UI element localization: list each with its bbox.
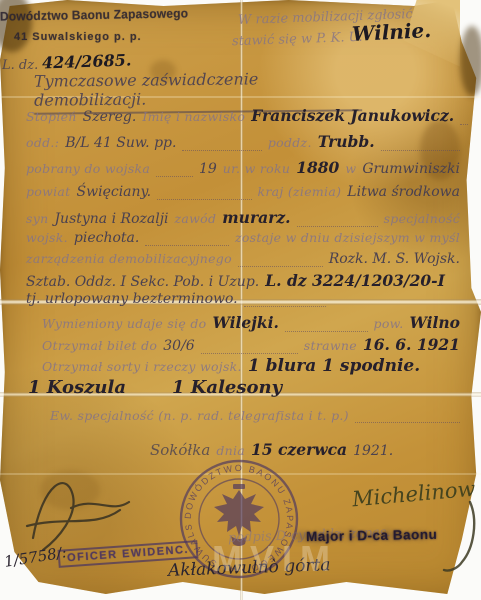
- name-label: Imię i nazwisko: [142, 109, 245, 124]
- order-office: Sztab. Oddz. I Sekc. Pob. i Uzup.: [26, 274, 259, 290]
- district-value: Wilno: [409, 313, 460, 332]
- row-ev-specialty: Ew. specjalność (n. p. rad. telegrafista…: [50, 408, 460, 423]
- unit-value: B/L 41 Suw. pp.: [65, 135, 176, 151]
- dotted-leader: [157, 197, 251, 200]
- signature-paraph: [440, 500, 480, 580]
- row-parents-profession: syn Justyna i Rozalji zawód murarz. spec…: [26, 208, 460, 227]
- parents-label: syn: [26, 211, 48, 226]
- birthplace-value: Grumwiniszki: [362, 161, 460, 177]
- row-leave: tj. urlopowany bezterminowo.: [26, 291, 326, 307]
- born-label: ur. w roku: [223, 161, 290, 176]
- drafted-year: 19: [199, 161, 217, 177]
- ref-number: 424/2685.: [42, 50, 132, 72]
- ticket-label: Otrzymał bilet do: [42, 338, 157, 353]
- profession-value: murarz.: [222, 208, 290, 227]
- dotted-leader: [381, 148, 460, 151]
- dotted-leader: [285, 329, 368, 332]
- branch-label: wojsk.: [26, 230, 68, 245]
- dotted-leader: [145, 243, 229, 246]
- row-order: zarządzenia demobilizacyjnego Rozk. M. S…: [26, 251, 460, 267]
- row-order-number: Sztab. Oddz. I Sekc. Pob. i Uzup. L. dz …: [26, 271, 460, 290]
- dotted-leader: [156, 174, 193, 177]
- ref-label: L. dz.: [2, 58, 38, 73]
- items-label: Otrzymał sorty i rzeczy wojsk.: [42, 359, 242, 374]
- order-intro: zarządzenia demobilizacyjnego: [26, 251, 232, 266]
- district-label: pow.: [374, 316, 404, 331]
- row-items-2: 1 Koszula 1 Kalesony: [28, 377, 358, 398]
- row-issued-items: Otrzymał sorty i rzeczy wojsk. 1 blura 1…: [42, 356, 460, 376]
- destination-value: Wilejki.: [213, 313, 279, 332]
- stain: [460, 26, 481, 96]
- rank-value: Szereg.: [83, 109, 137, 125]
- scanned-document: Dowództwo Baonu Zapasowego 41 Suwalskieg…: [0, 0, 481, 600]
- specialty-note: Ew. specjalność (n. p. rad. telegrafista…: [50, 408, 349, 423]
- unit-stamp-line2: 41 Suwalskiego p. p.: [14, 31, 142, 43]
- row-branch: wojsk. piechota. zostaje w dniu dzisiejs…: [26, 230, 460, 246]
- release-text: zostaje w dniu dzisiejszym w myśl: [235, 230, 460, 245]
- row-draft-birth: pobrany do wojska 19 ur. w roku 1880 w G…: [26, 158, 460, 177]
- country-value: Litwa środkowa: [347, 184, 460, 200]
- allowance-label: strawne: [304, 338, 357, 353]
- year-value: 1921.: [353, 443, 393, 459]
- items-shirt: 1 Koszula: [28, 377, 126, 398]
- profession-label: zawód: [175, 211, 217, 226]
- dotted-leader: [355, 420, 460, 423]
- county-label: powiat: [26, 184, 71, 199]
- row-destination: Wymieniony udaje się do Wilejki. pow. Wi…: [42, 313, 460, 332]
- row-rank-name: Stopień Szereg. Imię i nazwisko Francisz…: [26, 106, 460, 125]
- specialty-label: specjalność: [384, 211, 460, 226]
- row-unit: odd.: B/L 41 Suw. pp. poddz. Trubb.: [26, 132, 460, 151]
- dotted-leader: [297, 224, 378, 227]
- leave-text: tj. urlopowany bezterminowo.: [26, 291, 238, 307]
- scan-watermark: MVIM: [212, 538, 338, 580]
- name-value: Franciszek Janukowicz.: [251, 106, 454, 125]
- country-label: kraj (ziemia): [258, 184, 342, 199]
- dotted-leader: [460, 122, 468, 125]
- subunit-label: poddz.: [268, 135, 312, 150]
- county-value: Święciany.: [77, 184, 152, 200]
- unit-label: odd.:: [26, 135, 59, 150]
- drafted-label: pobrany do wojska: [26, 161, 150, 176]
- subunit-value: Trubb.: [318, 132, 375, 151]
- order-number: L. dz 3224/1203/20-I: [265, 271, 445, 290]
- mobilization-city: Wilnie.: [351, 18, 431, 46]
- birth-year: 1880: [296, 158, 339, 177]
- items-value: 1 blura 1 spodnie.: [248, 356, 420, 376]
- row-ticket: Otrzymał bilet do 30/6 strawne 16. 6. 19…: [42, 335, 460, 354]
- row-county-country: powiat Święciany. kraj (ziemia) Litwa śr…: [26, 184, 460, 200]
- born-in-label: w: [345, 161, 356, 176]
- order-name: Rozk. M. S. Wojsk.: [329, 251, 460, 267]
- ticket-value: 30/6: [163, 338, 194, 354]
- dotted-leader: [244, 304, 326, 307]
- dotted-leader: [201, 351, 298, 354]
- destination-label: Wymieniony udaje się do: [42, 316, 207, 331]
- items-underwear: 1 Kalesony: [172, 377, 282, 398]
- branch-value: piechota.: [74, 230, 139, 246]
- allowance-date: 16. 6. 1921: [363, 335, 460, 354]
- parents-value: Justyna i Rozalji: [54, 211, 168, 227]
- rank-label: Stopień: [26, 109, 77, 124]
- dotted-leader: [238, 264, 323, 267]
- dotted-leader: [182, 148, 261, 151]
